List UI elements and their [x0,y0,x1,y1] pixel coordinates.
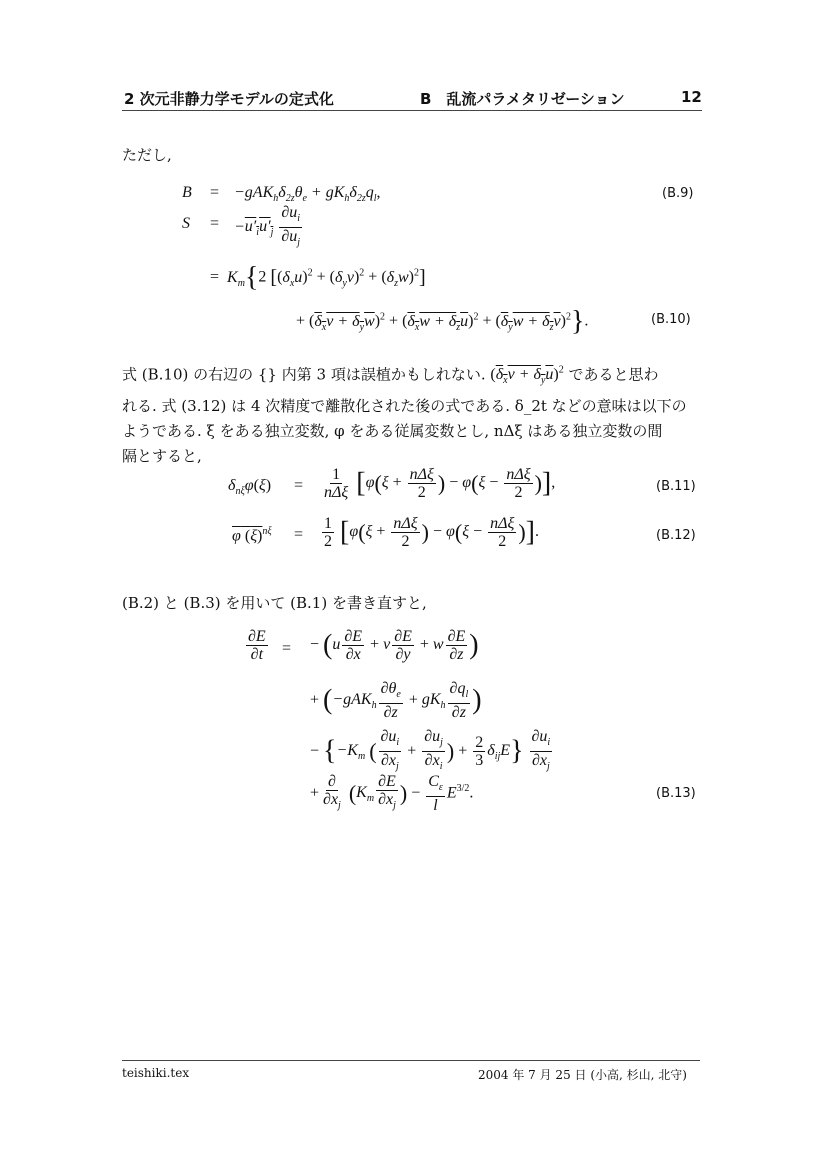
footer-date-authors: 2004 年 7 月 25 日 (小高, 杉山, 北守) [478,1066,687,1083]
eq-b13-line3: − {−Km (∂ui∂xj + ∂uj∂xi) + 23δijE} ∂ui∂x… [310,728,554,775]
eq-b10-line1: = Km{2 [(δxu)2 + (δyv)2 + (δzw)2] [210,262,426,294]
eq-b9-tag: (B.9) [662,186,693,201]
eq-b12-rhs: 12 [φ(ξ + nΔξ2) − φ(ξ − nΔξ2)]. [320,515,539,550]
para1-line1b: であると思わ [569,365,659,383]
header-rule [122,110,702,111]
eq-b11-tag: (B.11) [656,479,696,494]
footer-rule [122,1060,700,1061]
eq-b11-rel: = [294,477,303,495]
eq-b11-rhs: 1nΔξ [φ(ξ + nΔξ2) − φ(ξ − nΔξ2)], [320,466,555,501]
eq-b12-rel: = [294,526,303,544]
footer-filename: teishiki.tex [122,1066,189,1080]
eq-b13-tag: (B.13) [656,786,696,801]
eq-b12-tag: (B.12) [656,528,696,543]
eq-b13-line2: + (−gAKh∂θe∂z + gKh∂ql∂z) [310,680,482,721]
eq-b13-line1: − (u∂E∂x + v∂E∂y + w∂E∂z) [310,628,479,663]
eq-b13-line4: +∂∂xj (Km∂E∂xj) − CεlE3/2. [310,773,473,814]
para1-line2: れる. 式 (3.12) は 4 次精度で離散化された後の式である. δ_2t … [122,394,707,419]
intro-text: ただし, [122,143,172,168]
eq-s-lhs: S [182,215,190,233]
running-header-chapter: 2 次元非静力学モデルの定式化 [124,88,334,109]
para1-inline-math: (δxv + δyu)2 [490,366,563,383]
eq-b13-lhs: ∂E∂t [244,628,270,663]
eq-b12-lhs: φ (ξ)nξ [232,526,272,545]
paragraph-typo-note: 式 (B.10) の右辺の {} 内第 3 項は誤植かもしれない. (δxv +… [122,358,707,469]
para1-line1a: 式 (B.10) の右辺の {} 内第 3 項は誤植かもしれない. [122,365,486,383]
eq-b9-lhs: B [182,184,192,202]
eq-s-rel: = [210,215,219,233]
para1-line4: 隔とすると, [122,444,707,469]
eq-b9-rhs: −gAKhδ2zθe + gKhδ2zql, [234,184,381,204]
eq-s-rhs: −u′iu′j ∂ui∂uj [234,204,304,251]
eq-b13-rel: = [282,640,291,658]
eq-b10-line2: + (δxv + δyw)2 + (δxw + δzu)2 + (δyw + δ… [296,306,588,338]
running-header-section: B 乱流パラメタリゼーション [420,88,625,109]
eq-b11-lhs: δnξφ(ξ) [228,477,271,497]
eq-b9-rel: = [210,184,219,202]
page-number: 12 [681,88,702,106]
paragraph-rewrite: (B.2) と (B.3) を用いて (B.1) を書き直すと, [122,591,427,616]
para1-line3: ようである. ξ をある独立変数, φ をある従属変数とし, nΔξ はある独立… [122,419,707,444]
eq-b10-tag: (B.10) [651,312,691,327]
